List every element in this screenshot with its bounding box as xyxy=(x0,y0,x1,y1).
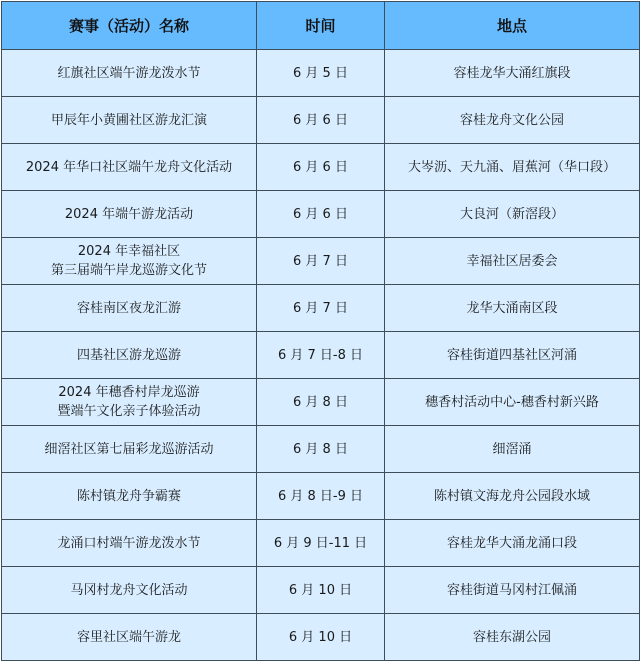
event-time-cell: 6 月 7 日 xyxy=(257,285,385,332)
table-row: 四基社区游龙巡游6 月 7 日-8 日容桂街道四基社区河涌 xyxy=(2,332,640,379)
event-location-cell: 容桂街道马冈村江佩涌 xyxy=(385,567,640,614)
event-time-cell: 6 月 6 日 xyxy=(257,97,385,144)
event-name-cell: 龙涌口村端午游龙泼水节 xyxy=(2,520,257,567)
table-row: 容桂南区夜龙汇游6 月 7 日龙华大涌南区段 xyxy=(2,285,640,332)
event-location-cell: 容桂龙华大涌龙涌口段 xyxy=(385,520,640,567)
header-row: 赛事（活动）名称 时间 地点 xyxy=(2,2,640,50)
event-time-cell: 6 月 7 日 xyxy=(257,238,385,285)
event-name-cell: 2024 年穗香村岸龙巡游暨端午文化亲子体验活动 xyxy=(2,379,257,426)
event-name-cell: 甲辰年小黄圃社区游龙汇演 xyxy=(2,97,257,144)
event-schedule-table: 赛事（活动）名称 时间 地点 红旗社区端午游龙泼水节6 月 5 日容桂龙华大涌红… xyxy=(1,1,640,661)
header-event-name: 赛事（活动）名称 xyxy=(2,2,257,50)
event-location-cell: 穗香村活动中心-穗香村新兴路 xyxy=(385,379,640,426)
event-location-cell: 大良河（新滘段） xyxy=(385,191,640,238)
event-name-line: 2024 年端午游龙活动 xyxy=(6,205,252,224)
event-time-cell: 6 月 9 日-11 日 xyxy=(257,520,385,567)
event-name-line: 容桂南区夜龙汇游 xyxy=(6,299,252,318)
event-time-cell: 6 月 8 日-9 日 xyxy=(257,473,385,520)
event-time-cell: 6 月 8 日 xyxy=(257,379,385,426)
event-name-cell: 2024 年端午游龙活动 xyxy=(2,191,257,238)
event-name-line: 陈村镇龙舟争霸赛 xyxy=(6,487,252,506)
event-name-line: 2024 年华口社区端午龙舟文化活动 xyxy=(6,158,252,177)
event-location-cell: 幸福社区居委会 xyxy=(385,238,640,285)
header-location: 地点 xyxy=(385,2,640,50)
event-location-cell: 容桂街道四基社区河涌 xyxy=(385,332,640,379)
event-time-cell: 6 月 8 日 xyxy=(257,426,385,473)
event-location-cell: 大岑沥、天九涌、眉蕉河（华口段） xyxy=(385,144,640,191)
table-row: 2024 年幸福社区第三届端午岸龙巡游文化节6 月 7 日幸福社区居委会 xyxy=(2,238,640,285)
table-row: 2024 年端午游龙活动6 月 6 日大良河（新滘段） xyxy=(2,191,640,238)
event-name-line: 容里社区端午游龙 xyxy=(6,628,252,647)
event-name-cell: 陈村镇龙舟争霸赛 xyxy=(2,473,257,520)
event-name-cell: 细滘社区第七届彩龙巡游活动 xyxy=(2,426,257,473)
event-name-cell: 容里社区端午游龙 xyxy=(2,614,257,661)
event-name-cell: 马冈村龙舟文化活动 xyxy=(2,567,257,614)
event-name-line: 龙涌口村端午游龙泼水节 xyxy=(6,534,252,553)
table-row: 陈村镇龙舟争霸赛6 月 8 日-9 日陈村镇文海龙舟公园段水域 xyxy=(2,473,640,520)
event-location-cell: 龙华大涌南区段 xyxy=(385,285,640,332)
event-time-cell: 6 月 7 日-8 日 xyxy=(257,332,385,379)
table-row: 马冈村龙舟文化活动6 月 10 日容桂街道马冈村江佩涌 xyxy=(2,567,640,614)
table-row: 容里社区端午游龙6 月 10 日容桂东湖公园 xyxy=(2,614,640,661)
event-time-cell: 6 月 6 日 xyxy=(257,191,385,238)
table-row: 细滘社区第七届彩龙巡游活动6 月 8 日细滘涌 xyxy=(2,426,640,473)
table-row: 红旗社区端午游龙泼水节6 月 5 日容桂龙华大涌红旗段 xyxy=(2,50,640,97)
event-location-cell: 陈村镇文海龙舟公园段水域 xyxy=(385,473,640,520)
event-location-cell: 容桂龙舟文化公园 xyxy=(385,97,640,144)
table-row: 2024 年穗香村岸龙巡游暨端午文化亲子体验活动6 月 8 日穗香村活动中心-穗… xyxy=(2,379,640,426)
event-name-line: 甲辰年小黄圃社区游龙汇演 xyxy=(6,111,252,130)
event-time-cell: 6 月 5 日 xyxy=(257,50,385,97)
event-name-cell: 四基社区游龙巡游 xyxy=(2,332,257,379)
event-name-line: 2024 年穗香村岸龙巡游 xyxy=(6,383,252,402)
table-row: 2024 年华口社区端午龙舟文化活动6 月 6 日大岑沥、天九涌、眉蕉河（华口段… xyxy=(2,144,640,191)
event-name-cell: 2024 年幸福社区第三届端午岸龙巡游文化节 xyxy=(2,238,257,285)
event-location-cell: 细滘涌 xyxy=(385,426,640,473)
event-name-line: 2024 年幸福社区 xyxy=(6,242,252,261)
table-row: 甲辰年小黄圃社区游龙汇演6 月 6 日容桂龙舟文化公园 xyxy=(2,97,640,144)
event-name-line: 第三届端午岸龙巡游文化节 xyxy=(6,261,252,280)
event-location-cell: 容桂东湖公园 xyxy=(385,614,640,661)
event-name-cell: 2024 年华口社区端午龙舟文化活动 xyxy=(2,144,257,191)
event-name-cell: 红旗社区端午游龙泼水节 xyxy=(2,50,257,97)
event-name-cell: 容桂南区夜龙汇游 xyxy=(2,285,257,332)
event-location-cell: 容桂龙华大涌红旗段 xyxy=(385,50,640,97)
event-name-line: 四基社区游龙巡游 xyxy=(6,346,252,365)
header-time: 时间 xyxy=(257,2,385,50)
event-name-line: 细滘社区第七届彩龙巡游活动 xyxy=(6,440,252,459)
event-time-cell: 6 月 10 日 xyxy=(257,567,385,614)
event-name-line: 红旗社区端午游龙泼水节 xyxy=(6,64,252,83)
event-name-line: 马冈村龙舟文化活动 xyxy=(6,581,252,600)
table-row: 龙涌口村端午游龙泼水节6 月 9 日-11 日容桂龙华大涌龙涌口段 xyxy=(2,520,640,567)
event-time-cell: 6 月 6 日 xyxy=(257,144,385,191)
event-name-line: 暨端午文化亲子体验活动 xyxy=(6,402,252,421)
event-time-cell: 6 月 10 日 xyxy=(257,614,385,661)
